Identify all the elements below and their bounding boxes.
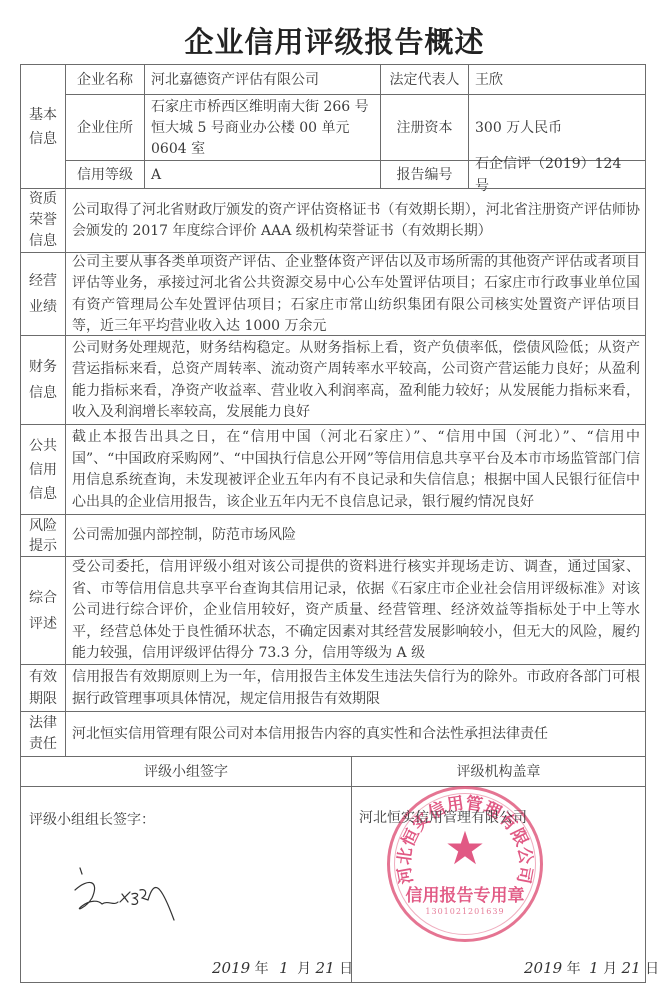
section-label-text: 资质荣誉信息 [28,189,58,252]
section-label-text: 有效期限 [28,666,58,710]
legal-rep-label: 法定代表人 [380,64,469,95]
report-no-value: 石企信评（2019）124 号 [468,160,646,189]
report-no-label: 报告编号 [380,160,469,189]
section-text-comprehensive-review: 受公司委托，信用评级小组对该公司提供的资料进行核实并现场走访、调查，通过国家、省… [65,556,646,665]
section-label-risk-warning: 风险提示 [20,514,66,557]
section-text-business-performance: 公司主要从事各类单项资产评估、企业整体资产评估以及市场所需的其他资产评估或者项目… [65,252,646,336]
section-label-text: 法律责任 [28,713,58,755]
address-label: 企业住所 [65,94,145,161]
address-text: 石家庄市桥西区维明南大街 266 号恒大城 5 号商业办公楼 00 单元 060… [151,97,376,160]
company-name-label: 企业名称 [65,64,145,95]
left-date: 2019 年 1 月 21 日 [212,958,353,978]
section-label-basic-info: 基本信息 [20,64,66,189]
right-date-day: 21 [622,959,641,977]
handwritten-signature [70,860,180,930]
left-date-day: 21 [316,959,335,977]
section-label-text: 综合评述 [28,585,58,637]
section-text-qualification: 公司取得了河北省财政厅颁发的资产评估资格证书（有效期长期），河北省注册资产评估师… [65,188,646,253]
section-label-text: 财务信息 [28,354,58,406]
address-value: 石家庄市桥西区维明南大街 266 号恒大城 5 号商业办公楼 00 单元 060… [144,94,381,161]
left-date-month-unit: 月 [297,961,311,977]
leader-sign-label: 评级小组组长签字： [29,809,155,831]
left-date-month: 1 [279,959,289,977]
company-name-value: 河北嘉德资产评估有限公司 [144,64,381,95]
credit-grade-value: A [144,160,381,189]
registered-capital-label: 注册资本 [380,94,469,161]
section-label-comprehensive-review: 综合评述 [20,556,66,665]
section-text-validity-period: 信用报告有效期原则上为一年，信用报告主体发生违法失信行为的除外。市政府各部门可根… [65,664,646,712]
section-label-qualification: 资质荣誉信息 [20,188,66,253]
signature-header-left: 评级小组签字 [20,756,352,787]
section-label-text: 风险提示 [28,516,58,556]
registered-capital-value: 300 万人民币 [468,94,646,161]
section-label-text: 公共信用信息 [28,434,58,506]
legal-rep-value: 王欣 [468,64,646,95]
document-title: 企业信用评级报告概述 [0,20,669,61]
section-label-business-performance: 经营业绩 [20,252,66,336]
section-label-legal-liability: 法律责任 [20,711,66,757]
left-date-day-unit: 日 [339,961,353,977]
basic-info-label-text: 基本信息 [28,103,58,151]
right-date-month-unit: 月 [603,961,617,977]
right-date-day-unit: 日 [645,961,659,977]
signature-header-right: 评级机构盖章 [351,756,646,787]
rating-org-name: 河北恒实信用管理有限公司 [359,807,527,827]
right-date-month: 1 [589,959,599,977]
section-label-financial-info: 财务信息 [20,335,66,425]
left-date-year: 2019 [212,959,250,977]
right-date: 2019 年 1 月 21 日 [524,958,659,978]
section-text-financial-info: 公司财务处理规范，财务结构稳定。从财务指标上看，资产负债率低，偿债风险低；从资产… [65,335,646,425]
left-date-year-unit: 年 [255,961,269,977]
credit-grade-label: 信用等级 [65,160,145,189]
section-text-risk-warning: 公司需加强内部控制，防范市场风险 [65,514,646,557]
section-text-legal-liability: 河北恒实信用管理有限公司对本信用报告内容的真实性和合法性承担法律责任 [65,711,646,757]
section-label-text: 经营业绩 [28,268,58,320]
right-date-year-unit: 年 [567,961,581,977]
section-label-validity-period: 有效期限 [20,664,66,712]
section-label-public-credit: 公共信用信息 [20,424,66,515]
section-text-public-credit: 截止本报告出具之日，在“信用中国（河北石家庄）”、“信用中国（河北）”、“信用中… [65,424,646,515]
right-date-year: 2019 [524,959,562,977]
